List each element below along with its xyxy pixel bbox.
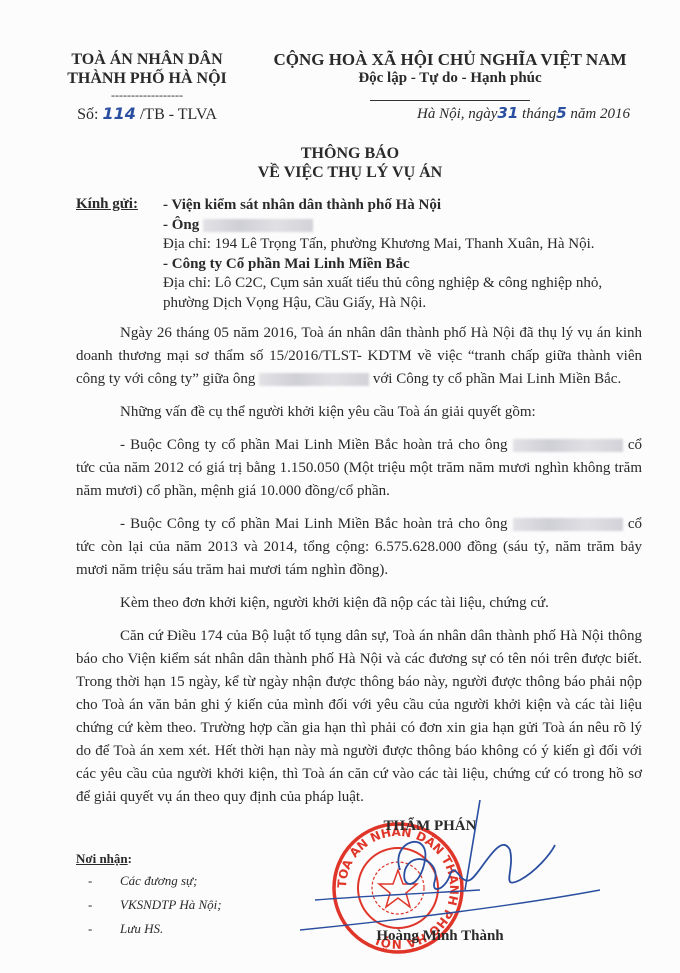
addressee-list: - Viện kiểm sát nhân dân thành phố Hà Nộ… (163, 196, 643, 313)
paragraph-evidence: Kèm theo đơn khởi kiện, người khởi kiện … (76, 592, 642, 615)
redacted-name (513, 439, 623, 452)
national-header: CỘNG HOÀ XÃ HỘI CHỦ NGHĨA VIỆT NAM Độc l… (270, 50, 630, 88)
court-header: TOÀ ÁN NHÂN DÂN THÀNH PHỐ HÀ NỘI -------… (62, 50, 232, 124)
redacted-name (513, 518, 623, 531)
paragraph-claims-intro: Những vấn đề cụ thể người khởi kiện yêu … (76, 401, 642, 424)
cc-item: -Lưu HS. (88, 917, 222, 941)
addressee-procuracy: - Viện kiểm sát nhân dân thành phố Hà Nộ… (163, 196, 643, 216)
signer-name: Hoàng Minh Thành (360, 928, 520, 945)
handwritten-month: 5 (556, 104, 566, 122)
cc-item: -Các đương sự; (88, 869, 222, 893)
paragraph-claim-1: - Buộc Công ty cổ phần Mai Linh Miền Bắc… (76, 434, 642, 503)
paragraph-legal-basis: Căn cứ Điều 174 của Bộ luật tố tụng dân … (76, 625, 642, 809)
notice-body: Ngày 26 tháng 05 năm 2016, Toà án nhân d… (76, 322, 642, 819)
document-number: Số: 114 /TB - TLVA (62, 104, 232, 124)
addressee-company: - Công ty Cổ phần Mai Linh Miền Bắc (163, 255, 643, 275)
cc-item: -VKSNDTP Hà Nội; (88, 893, 222, 917)
cc-label: Nơi nhận: (76, 851, 132, 867)
national-motto: Độc lập - Tự do - Hạnh phúc (270, 69, 630, 88)
header-rule (370, 100, 530, 101)
header-divider: ------------------ (62, 90, 232, 100)
company-address-line2: phường Dịch Vọng Hậu, Cầu Giấy, Hà Nội. (163, 294, 643, 314)
paragraph-claim-2: - Buộc Công ty cổ phần Mai Linh Miền Bắc… (76, 513, 642, 582)
plaintiff-address: Địa chỉ: 194 Lê Trọng Tấn, phường Khương… (163, 235, 643, 255)
company-address-line1: Địa chỉ: Lô C2C, Cụm sản xuất tiểu thủ c… (163, 274, 643, 294)
cc-list: -Các đương sự; -VKSNDTP Hà Nội; -Lưu HS. (88, 869, 222, 941)
document-date: Hà Nội, ngày31 tháng5 năm 2016 (400, 104, 630, 123)
signature-icon (300, 800, 620, 940)
addressee-label: Kính gửi: (76, 196, 138, 213)
handwritten-number: 114 (102, 104, 135, 123)
redacted-name (203, 219, 313, 232)
nation-name: CỘNG HOÀ XÃ HỘI CHỦ NGHĨA VIỆT NAM (270, 50, 630, 69)
addressee-plaintiff: - Ông (163, 216, 643, 236)
document-title: THÔNG BÁO VỀ VIỆC THỤ LÝ VỤ ÁN (60, 144, 640, 182)
court-name-line2: THÀNH PHỐ HÀ NỘI (62, 69, 232, 88)
redacted-name (259, 373, 369, 386)
court-name-line1: TOÀ ÁN NHÂN DÂN (62, 50, 232, 69)
paragraph-case-acceptance: Ngày 26 tháng 05 năm 2016, Toà án nhân d… (76, 322, 642, 391)
handwritten-day: 31 (497, 104, 518, 122)
